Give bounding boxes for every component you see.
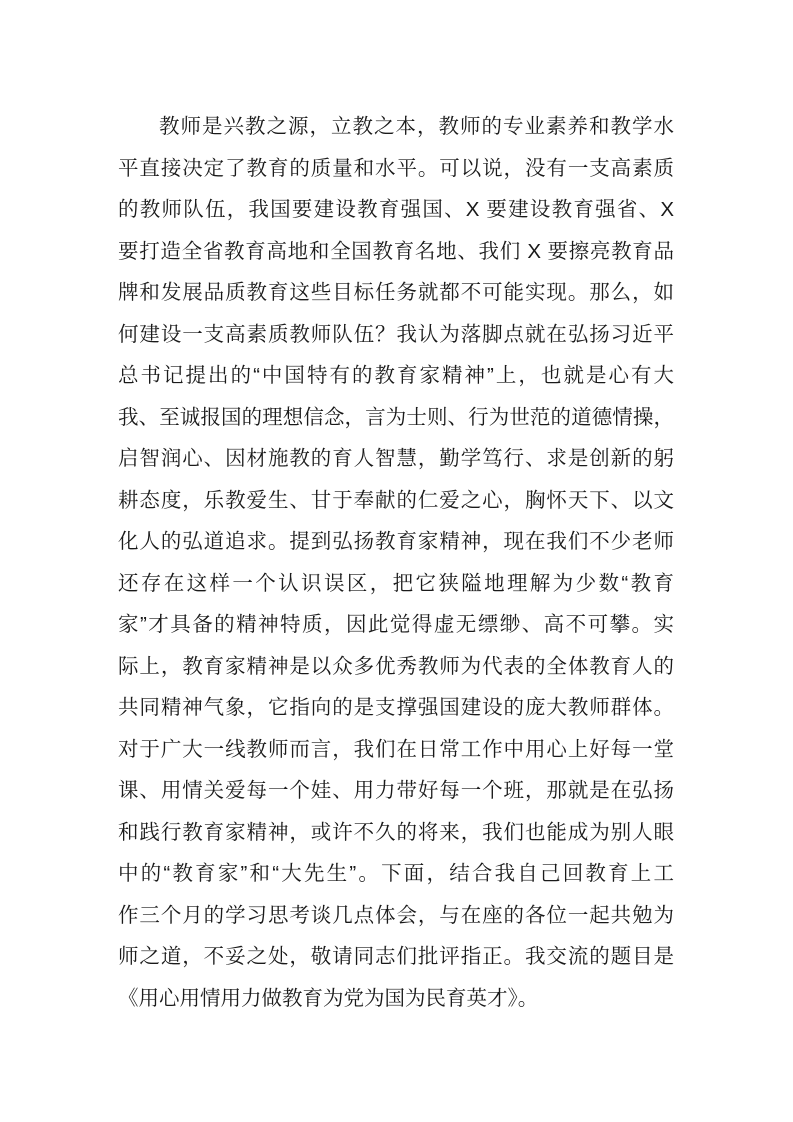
text-line: 中的“教育家”和“大先生”。下面，结合我自己回教育上工 bbox=[118, 853, 674, 895]
text-line: 师之道，不妥之处，敬请同志们批评指正。我交流的题目是 bbox=[118, 936, 674, 978]
text-line: 还存在这样一个认识误区，把它狭隘地理解为少数“教育 bbox=[118, 563, 674, 605]
text-line: 平直接决定了教育的质量和水平。可以说，没有一支高素质 bbox=[118, 148, 674, 190]
text-line: 和践行教育家精神，或许不久的将来，我们也能成为别人眼 bbox=[118, 812, 674, 854]
text-line: 启智润心、因材施教的育人智慧，勤学笃行、求是创新的躬 bbox=[118, 438, 674, 480]
text-line: 课、用情关爱每一个娃、用力带好每一个班，那就是在弘扬 bbox=[118, 770, 674, 812]
text-line: 共同精神气象，它指向的是支撑强国建设的庞大教师群体。 bbox=[118, 687, 674, 729]
text-line: 我、至诚报国的理想信念，言为士则、行为世范的道德情操， bbox=[118, 397, 674, 439]
text-line: 际上，教育家精神是以众多优秀教师为代表的全体教育人的 bbox=[118, 646, 674, 688]
text-line: 的教师队伍，我国要建设教育强国、X 要建设教育强省、X bbox=[118, 189, 674, 231]
text-line: 牌和发展品质教育这些目标任务就都不可能实现。那么，如 bbox=[118, 272, 674, 314]
text-line: 家”才具备的精神特质，因此觉得虚无缥缈、高不可攀。实 bbox=[118, 604, 674, 646]
text-line: 对于广大一线教师而言，我们在日常工作中用心上好每一堂 bbox=[118, 729, 674, 771]
paragraph: 教师是兴教之源，立教之本，教师的专业素养和教学水平直接决定了教育的质量和水平。可… bbox=[118, 106, 674, 1019]
text-line: 总书记提出的“中国特有的教育家精神”上，也就是心有大 bbox=[118, 355, 674, 397]
document-page: 教师是兴教之源，立教之本，教师的专业素养和教学水平直接决定了教育的质量和水平。可… bbox=[0, 0, 793, 1122]
text-line: 何建设一支高素质教师队伍？我认为落脚点就在弘扬习近平 bbox=[118, 314, 674, 356]
text-line: 要打造全省教育高地和全国教育名地、我们 X 要擦亮教育品 bbox=[118, 231, 674, 273]
text-line: 耕态度，乐教爱生、甘于奉献的仁爱之心，胸怀天下、以文 bbox=[118, 480, 674, 522]
text-line: 《用心用情用力做教育为党为国为民育英才》。 bbox=[118, 978, 674, 1020]
text-line: 教师是兴教之源，立教之本，教师的专业素养和教学水 bbox=[118, 106, 674, 148]
text-line: 作三个月的学习思考谈几点体会，与在座的各位一起共勉为 bbox=[118, 895, 674, 937]
text-line: 化人的弘道追求。提到弘扬教育家精神，现在我们不少老师 bbox=[118, 521, 674, 563]
